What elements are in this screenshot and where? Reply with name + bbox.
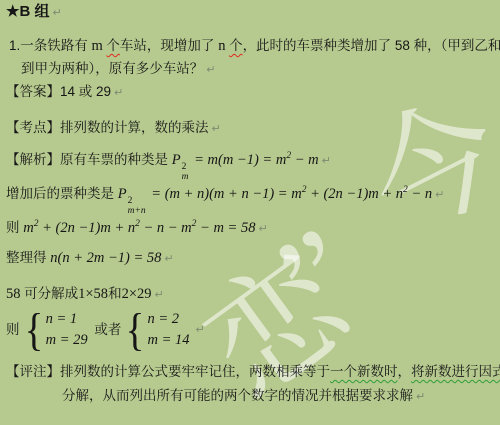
problem-line-2: 到甲为两种），原有多少车站？↵ — [21, 59, 215, 80]
answer-line: 【答案】14 或 29↵ — [6, 82, 123, 103]
comment-line-1: 【评注】排列数的计算公式要牢牢记住，两数相乘等于一个新数时，将新数进行因式 — [6, 362, 500, 382]
watermark-char-jin: 今 — [350, 82, 500, 254]
analysis-equation-systems: 则{n = 1m = 29 或者{n = 2m = 14↵ — [6, 306, 205, 354]
watermark-char-quote: ” — [259, 206, 374, 347]
document-page: 恋 ” 今 ★B 组↵ 1.一条铁路有 m 个车站，现增加了 n 个，此时的车票… — [0, 0, 500, 425]
problem-line-1: 1.一条铁路有 m 个车站，现增加了 n 个，此时的车票种类增加了 58 种，（… — [9, 36, 500, 56]
analysis-line-2: 增加后的票种类是 P2m+n = (m + n)(m + n −1) = m2 … — [6, 180, 444, 217]
comment-line-2: 分解，从而列出所有可能的两个数字的情况并根据要求求解↵ — [62, 386, 425, 407]
analysis-line-3: 则 m2 + (2n −1)m + n2 − n − m2 − m = 58↵ — [6, 214, 268, 239]
analysis-line-1: 【解析】原有车票的种类是 P2m = m(m −1) = m2 − m↵ — [6, 146, 331, 183]
analysis-line-5: 58 可分解成1×58和2×29↵ — [6, 284, 164, 305]
analysis-line-4: 整理得 n(n + 2m −1) = 58↵ — [6, 248, 174, 269]
key-points-line: 【考点】排列数的计算，数的乘法↵ — [6, 118, 221, 139]
group-heading: ★B 组↵ — [6, 2, 62, 23]
